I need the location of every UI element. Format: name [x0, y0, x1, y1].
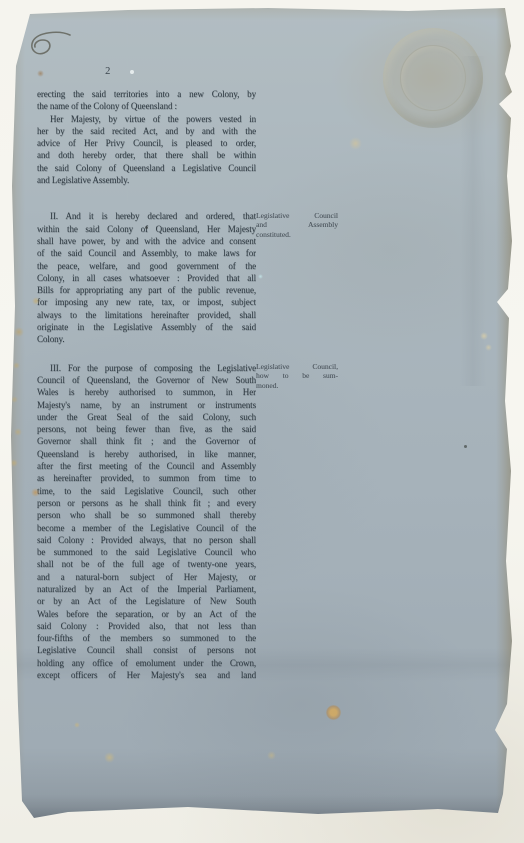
- scan-fleck: [258, 274, 263, 279]
- text-line: be summoned to the said Legislative Coun…: [37, 546, 256, 558]
- scan-fleck: [130, 70, 134, 74]
- text-line: Governor shall think fit ; and the Gover…: [37, 435, 256, 447]
- foxing-stain: [485, 344, 492, 351]
- text-line: person who shall be so summoned shall th…: [37, 509, 256, 521]
- text-line: the name of the Colony of Queensland :: [37, 100, 256, 112]
- text-line: persons, not being fewer than five, as t…: [37, 423, 256, 435]
- bottom-edge-shading: [8, 748, 512, 818]
- text-line: except officers of Her Majesty's sea and…: [37, 669, 256, 681]
- margin-note-clause-iii: Legislative Council,how to be sum-moned.: [256, 362, 338, 390]
- paragraph-clause-ii: II. And it is hereby declared and ordere…: [37, 210, 256, 345]
- foxing-stain: [11, 396, 18, 403]
- paragraph-her-majesty-order: Her Majesty, by virtue of the powers ves…: [37, 113, 256, 187]
- text-line: naturalized by an Act of the Imperial Pa…: [37, 583, 256, 595]
- text-line: or by an Act of the Legislature of New S…: [37, 595, 256, 607]
- text-line: person or persons as he shall think fit …: [37, 497, 256, 509]
- text-line: the said Colony of Queensland a Legislat…: [37, 162, 256, 174]
- foxing-stain: [349, 137, 362, 150]
- paper-sheet: 2 erecting the said territories into a n…: [8, 6, 512, 818]
- text-line: Queensland is hereby authorised, in like…: [37, 448, 256, 460]
- paragraph-clause-iii: III. For the purpose of composing the Le…: [37, 362, 256, 682]
- text-line: Legislative Council: [256, 211, 338, 220]
- text-line: four-fifths of the members so summoned t…: [37, 632, 256, 644]
- text-line: and Assembly: [256, 220, 338, 229]
- embossed-seal: [383, 28, 483, 128]
- text-line: Council of Queensland, the Governor of N…: [37, 374, 256, 386]
- text-line: time, to the said Legislative Council, s…: [37, 485, 256, 497]
- text-line: and a natural-born subject of Her Majest…: [37, 571, 256, 583]
- foxing-stain: [31, 488, 40, 497]
- text-line: always to the limitations hereinafter pr…: [37, 309, 256, 321]
- ink-speck: [464, 445, 467, 448]
- margin-note-clause-ii: Legislative Counciland Assemblyconstitut…: [256, 211, 338, 239]
- foxing-stain: [37, 70, 44, 77]
- text-line: Bills for appropriating any part of the …: [37, 284, 256, 296]
- text-line: her by the said recited Act, and by and …: [37, 125, 256, 137]
- text-line: and doth hereby order, that there shall …: [37, 149, 256, 161]
- text-line: advice of Her Privy Council, is pleased …: [37, 137, 256, 149]
- text-line: for imposing any new rate, tax, or impos…: [37, 296, 256, 308]
- foxing-stain: [267, 751, 276, 760]
- text-line: Legislative Council shall consist of per…: [37, 644, 256, 656]
- text-line: become a member of the Legislative Counc…: [37, 522, 256, 534]
- page-number: 2: [96, 66, 120, 77]
- text-line: shall not be of the full age of twenty-o…: [37, 558, 256, 570]
- foxing-stain: [14, 327, 24, 337]
- text-line: originate in the Legislative Assembly of…: [37, 321, 256, 333]
- text-line: Her Majesty, by virtue of the powers ves…: [37, 113, 256, 125]
- foxing-stain: [13, 362, 20, 369]
- text-line: Colony, in all cases whatsoever : Provid…: [37, 272, 256, 284]
- foxing-stain: [32, 297, 40, 305]
- paragraph-continuation: erecting the said territories into a new…: [37, 88, 256, 113]
- text-line: Legislative Council,: [256, 362, 338, 371]
- text-line: after the first meeting of the Council a…: [37, 460, 256, 472]
- text-line: under the Great Seal of the said Colony,…: [37, 411, 256, 423]
- text-line: as hereinafter provided, to summon from …: [37, 472, 256, 484]
- text-line: erecting the said territories into a new…: [37, 88, 256, 100]
- scan-background: 2 erecting the said territories into a n…: [0, 0, 524, 843]
- text-line: of the said Council and Assembly, to mak…: [37, 247, 256, 259]
- text-line: shall have power, by and with the advice…: [37, 235, 256, 247]
- text-line: constituted.: [256, 230, 338, 239]
- text-line: Colony.: [37, 333, 256, 345]
- text-line: III. For the purpose of composing the Le…: [37, 362, 256, 374]
- text-line: holding any office of emolument under th…: [37, 657, 256, 669]
- body-text: erecting the said territories into a new…: [37, 88, 256, 681]
- foxing-stain: [326, 705, 341, 720]
- foxing-stain: [10, 459, 18, 467]
- text-line: and Legislative Assembly.: [37, 174, 256, 186]
- foxing-stain: [74, 722, 80, 728]
- ink-speck: [145, 226, 148, 229]
- text-line: said Colony : Provided also, that not le…: [37, 620, 256, 632]
- foxing-stain: [14, 428, 22, 436]
- text-line: how to be sum-: [256, 371, 338, 380]
- text-line: Majesty's name, by an instrument or inst…: [37, 399, 256, 411]
- text-line: II. And it is hereby declared and ordere…: [37, 210, 256, 222]
- text-line: Wales before the separation, or by an Ac…: [37, 608, 256, 620]
- text-line: said Colony : Provided always, that no p…: [37, 534, 256, 546]
- text-line: Wales is hereby authorised to summon, in…: [37, 386, 256, 398]
- text-line: moned.: [256, 381, 338, 390]
- foxing-stain: [104, 752, 115, 763]
- foxing-stain: [480, 332, 488, 340]
- handwritten-folio-number: [26, 28, 74, 62]
- text-line: the peace, welfare, and good government …: [37, 260, 256, 272]
